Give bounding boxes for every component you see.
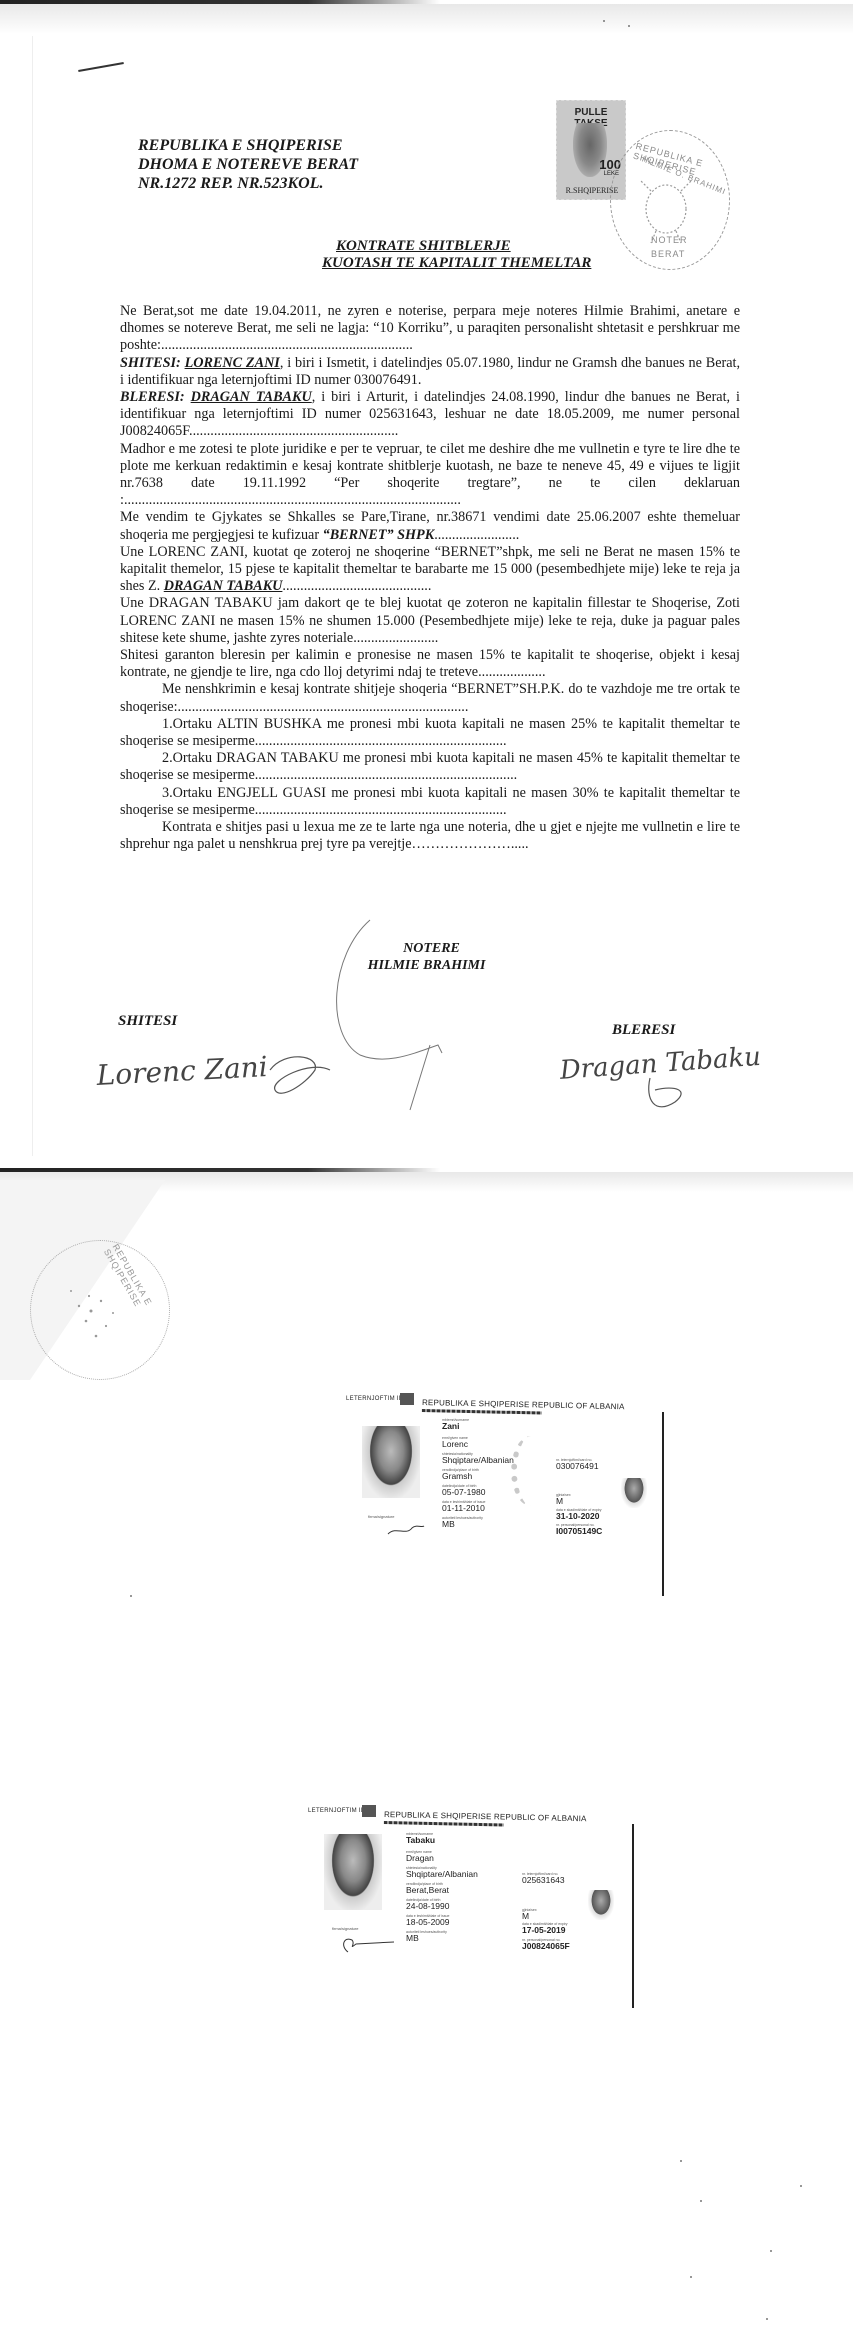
contract-title-line1: KONTRATE SHITBLERJE — [336, 238, 511, 255]
id-authority: autoriteti leshues/authorityMB — [406, 1930, 447, 1943]
margin-mark — [78, 62, 124, 72]
speck — [680, 2160, 682, 2162]
seller-paragraph: SHITESI: LORENC ZANI, i biri i Ismetit, … — [120, 355, 740, 389]
card-edge — [632, 1824, 634, 2008]
id-issuer: REPUBLIKA E SHQIPERISE REPUBLIC OF ALBAN… — [384, 1810, 587, 1823]
contract-body: Ne Berat,sot me date 19.04.2011, ne zyre… — [120, 303, 740, 854]
capacity-paragraph: Madhor e me zotesi te plote juridike e p… — [120, 441, 740, 510]
header-chamber: DHOMA E NOTEREVE BERAT — [138, 155, 358, 174]
card-edge — [662, 1412, 664, 1596]
id-photo-small — [621, 1478, 647, 1508]
id-card-number: nr. leternjoftimi/card no.025631643 — [522, 1872, 565, 1885]
header-country: REPUBLIKA E SHQIPERISE — [138, 136, 358, 155]
eagle-watermark-icon — [511, 1436, 551, 1506]
speck — [766, 2318, 768, 2320]
id-surname: mbiemri/surnameTabaku — [406, 1832, 435, 1845]
albania-flag-icon — [362, 1805, 376, 1817]
seller-handwritten-name: Lorenc Zani — [95, 1050, 268, 1092]
notary-seal-faded: REPUBLIKA E SHQIPERISE — [30, 1240, 170, 1380]
id-birthplace: vendlindja/place of birthGramsh — [442, 1468, 479, 1481]
id-signature — [338, 1932, 398, 1956]
scan-shadow — [0, 4, 853, 34]
company-name: “BERNET” SHPK — [323, 527, 435, 543]
speck — [603, 20, 605, 22]
header-reference: NR.1272 REP. NR.523KOL. — [138, 174, 358, 193]
id-expiry: data e skadimit/date of expiry31-10-2020 — [556, 1508, 602, 1521]
notary-signature — [330, 915, 450, 1115]
buyer-handwritten-name: Dragan Tabaku — [558, 1042, 762, 1086]
id-card-seller: LETERNJOFTIM ID REPUBLIKA E SHQIPERISE R… — [346, 1396, 664, 1576]
speck — [700, 2200, 702, 2202]
id-dob: datelindja/date of birth05-07-1980 — [442, 1484, 485, 1497]
buyer-statement-paragraph: Une DRAGAN TABAKU jam dakort qe te blej … — [120, 595, 740, 647]
speck — [690, 2276, 692, 2278]
id-sex: gjinia/sexM — [522, 1908, 537, 1921]
speck — [770, 2250, 772, 2252]
id-photo — [362, 1426, 420, 1498]
id-issue-date: data e leshimit/date of issue01-11-2010 — [442, 1500, 485, 1513]
notary-seal: REPUBLIKA E SHQIPERISE HILMIE O. BRAHIMI… — [610, 130, 730, 270]
id-sex: gjinia/sexM — [556, 1493, 571, 1506]
id-expiry: data e skadimit/date of expiry17-05-2019 — [522, 1922, 568, 1935]
id-doc-label: LETERNJOFTIM ID — [308, 1808, 366, 1814]
document-header: REPUBLIKA E SHQIPERISE DHOMA E NOTEREVE … — [138, 136, 358, 193]
court-decision-paragraph: Me vendim te Gjykates se Shkalles se Par… — [120, 509, 740, 543]
id-birthplace: vendlindja/place of birthBerat,Berat — [406, 1882, 449, 1895]
id-given-name: emri/given nameLorenc — [442, 1436, 468, 1449]
seller-signature-label: SHITESI — [118, 1013, 177, 1030]
id-personal-number: nr. personal/personal no.I00705149C — [556, 1523, 602, 1536]
id-issue-date: data e leshimit/date of issue18-05-2009 — [406, 1914, 449, 1927]
page-border — [32, 36, 33, 1156]
id-signature — [386, 1522, 426, 1538]
seller-label: SHITESI — [120, 355, 176, 371]
speck — [628, 25, 630, 27]
id-nationality: shtetesia/nationalityShqiptare/Albanian — [406, 1866, 478, 1879]
id-card-number: nr. leternjoftimi/card no.030076491 — [556, 1458, 599, 1471]
intro-paragraph: Ne Berat,sot me date 19.04.2011, ne zyre… — [120, 303, 740, 355]
seal-role: NOTER — [651, 235, 688, 245]
partner-item: 3.Ortaku ENGJELL GUASI me pronesi mbi ku… — [120, 785, 740, 819]
seal-city: BERAT — [651, 249, 685, 259]
speck — [130, 1595, 132, 1597]
partner-item: 2.Ortaku DRAGAN TABAKU me pronesi mbi ku… — [120, 750, 740, 784]
id-given-name: emri/given nameDragan — [406, 1850, 434, 1863]
closing-paragraph: Kontrata e shitjes pasi u lexua me ze te… — [120, 819, 740, 853]
id-dob: datelindja/date of birth24-08-1990 — [406, 1898, 449, 1911]
guarantee-paragraph: Shitesi garanton bleresin per kalimin e … — [120, 647, 740, 681]
id-doc-label: LETERNJOFTIM ID — [346, 1396, 404, 1402]
id-authority: autoriteti leshues/authorityMB — [442, 1516, 483, 1529]
id-signature-label: firma/signature — [332, 1926, 358, 1931]
seller-name: LORENC ZANI — [185, 355, 280, 371]
albania-flag-icon — [400, 1393, 414, 1405]
contract-title-line2: KUOTASH TE KAPITALIT THEMELTAR — [322, 255, 591, 272]
buyer-paragraph: BLERESI: DRAGAN TABAKU, i biri i Arturit… — [120, 389, 740, 441]
speck — [800, 2185, 802, 2187]
buyer-signature: Dragan Tabaku — [555, 1040, 795, 1120]
partner-item: 1.Ortaku ALTIN BUSHKA me pronesi mbi kuo… — [120, 716, 740, 750]
id-card-buyer: LETERNJOFTIM ID REPUBLIKA E SHQIPERISE R… — [308, 1808, 634, 1988]
buyer-name: DRAGAN TABAKU — [191, 389, 312, 405]
id-issuer: REPUBLIKA E SHQIPERISE REPUBLIC OF ALBAN… — [422, 1398, 625, 1411]
buyer-label: BLERESI: — [120, 389, 185, 405]
buyer-signature-label: BLERESI — [612, 1022, 675, 1039]
id-personal-number: nr. personal/personal no.J00824065F — [522, 1938, 570, 1951]
id-surname: mbiemri/surnameZani — [442, 1418, 469, 1431]
continuation-paragraph: Me nenshkrimin e kesaj kontrate shitjeje… — [120, 681, 740, 715]
id-photo-small — [588, 1890, 614, 1920]
id-signature-label: firma/signature — [368, 1514, 394, 1519]
id-photo — [324, 1834, 382, 1910]
seller-statement-buyer-name: DRAGAN TABAKU — [164, 578, 283, 594]
seller-statement-paragraph: Une LORENC ZANI, kuotat qe zoteroj ne sh… — [120, 544, 740, 596]
seller-signature: Lorenc Zani Lorenc Zani — [95, 1040, 335, 1110]
id-nationality: shtetesia/nationalityShqiptare/Albanian — [442, 1452, 514, 1465]
